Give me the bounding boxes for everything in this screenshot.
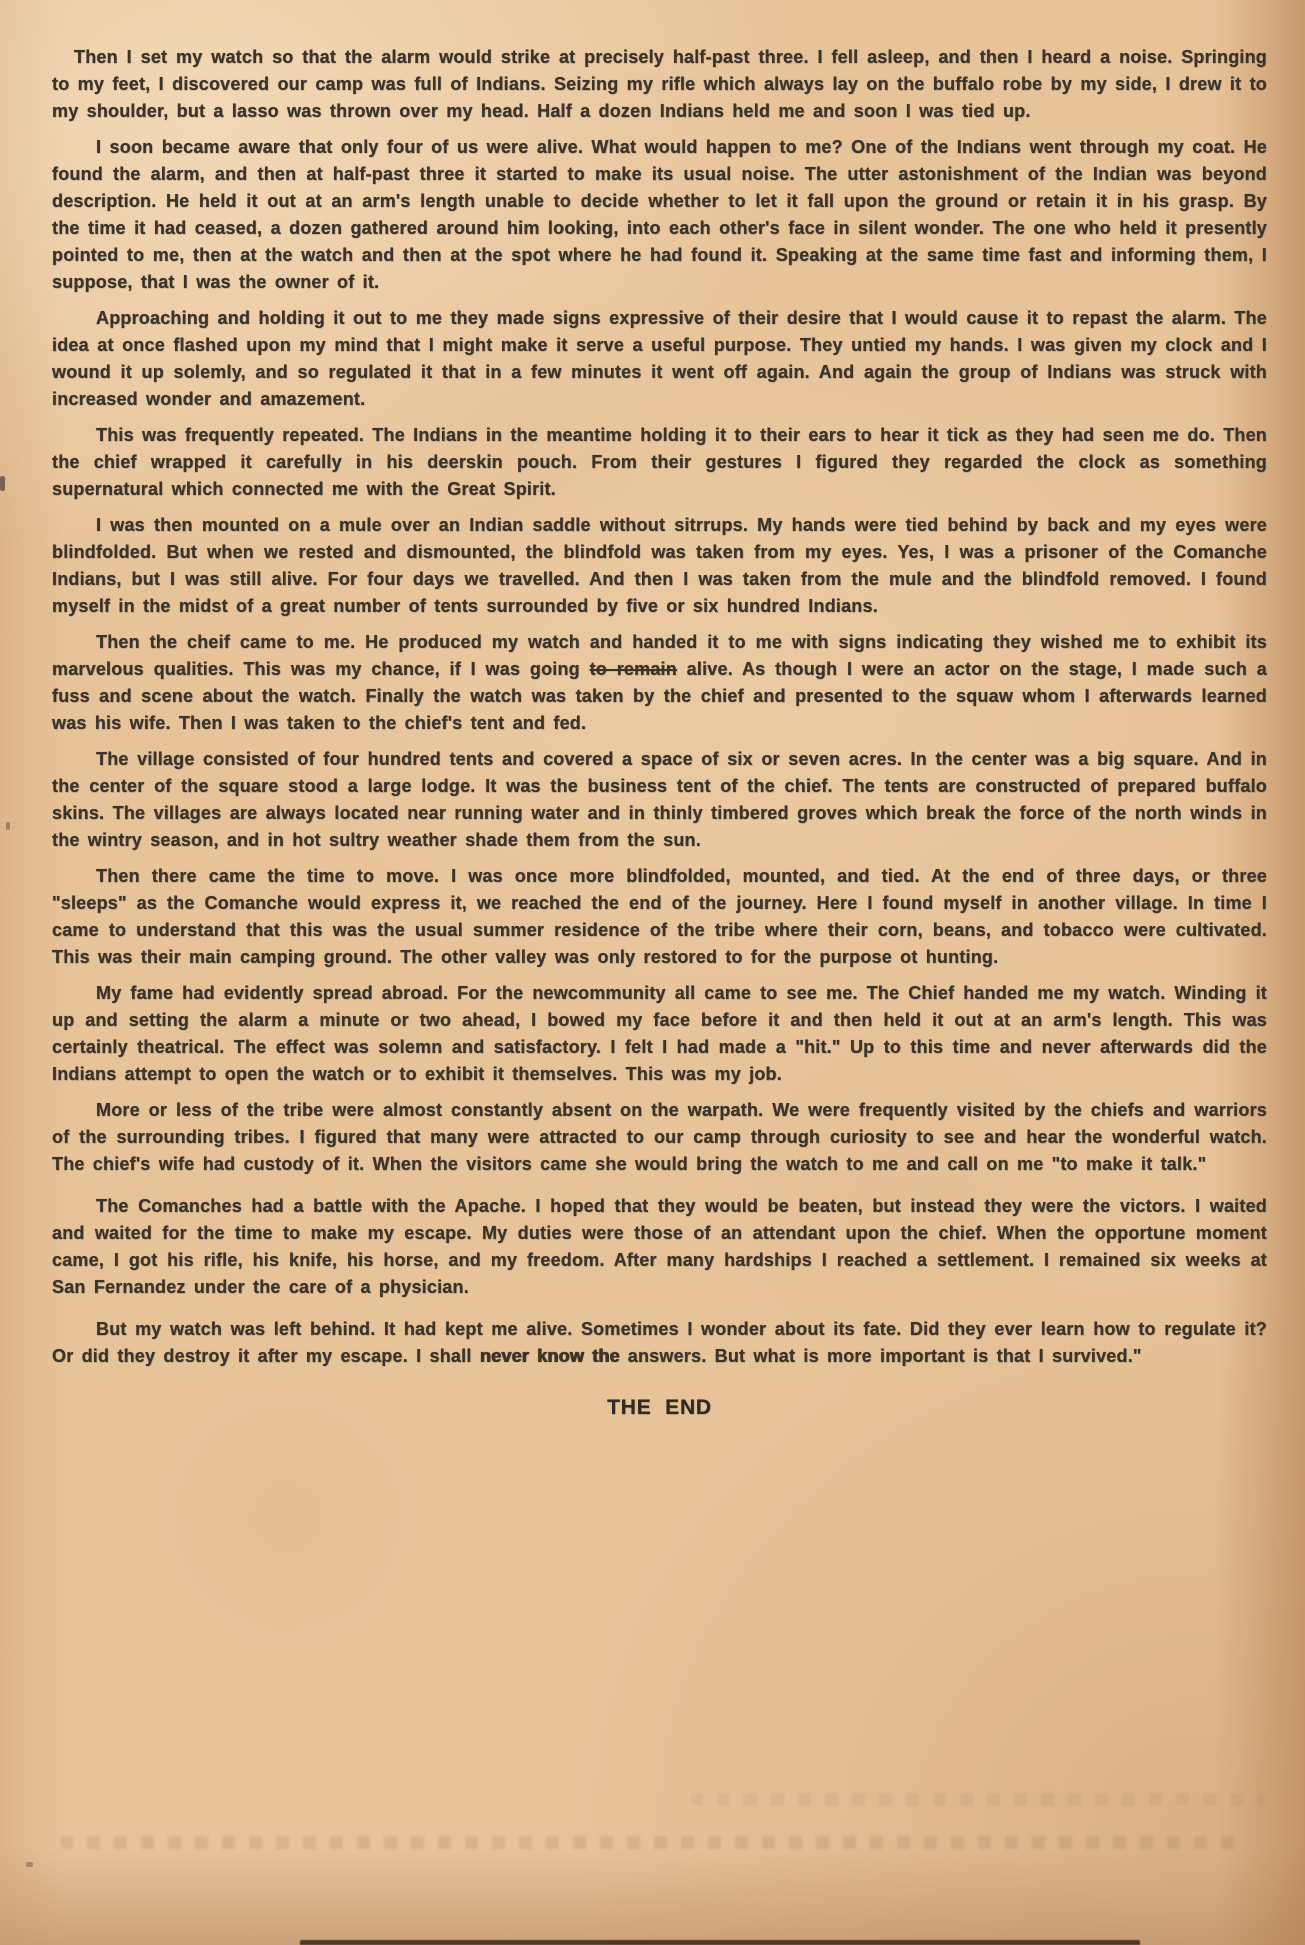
paper-speck — [0, 476, 5, 491]
story-paragraph-6: Then the cheif came to me. He produced m… — [52, 629, 1267, 737]
overstruck-words: to remain — [590, 659, 677, 679]
print-bleedthrough-line — [60, 1836, 1245, 1849]
story-paragraph-5: I was then mounted on a mule over an Ind… — [52, 512, 1267, 620]
story-paragraph-8: Then there came the time to move. I was … — [52, 863, 1267, 971]
scan-edge-shadow — [300, 1940, 1140, 1945]
story-paragraph-3: Approaching and holding it out to me the… — [52, 305, 1267, 413]
story-paragraph-2: I soon became aware that only four of us… — [52, 134, 1267, 296]
smudged-words: never know the — [480, 1346, 620, 1366]
paragraph-12-text-cont: answers. But what is more important is t… — [620, 1346, 1142, 1366]
paper-speck — [26, 1862, 33, 1867]
story-paragraph-7: The village consisted of four hundred te… — [52, 746, 1267, 854]
story-paragraph-1: Then I set my watch so that the alarm wo… — [52, 44, 1267, 125]
the-end-label: THE END — [52, 1394, 1267, 1421]
print-bleedthrough-line — [690, 1793, 1265, 1806]
story-text-block: Then I set my watch so that the alarm wo… — [52, 44, 1267, 1421]
story-paragraph-10: More or less of the tribe were almost co… — [52, 1097, 1267, 1178]
story-paragraph-4: This was frequently repeated. The Indian… — [52, 422, 1267, 503]
scanned-page: Then I set my watch so that the alarm wo… — [0, 0, 1305, 1945]
paper-speck — [6, 822, 10, 830]
story-paragraph-12: But my watch was left behind. It had kep… — [52, 1316, 1267, 1370]
story-paragraph-9: My fame had evidently spread abroad. For… — [52, 980, 1267, 1088]
story-paragraph-11: The Comanches had a battle with the Apac… — [52, 1193, 1267, 1301]
